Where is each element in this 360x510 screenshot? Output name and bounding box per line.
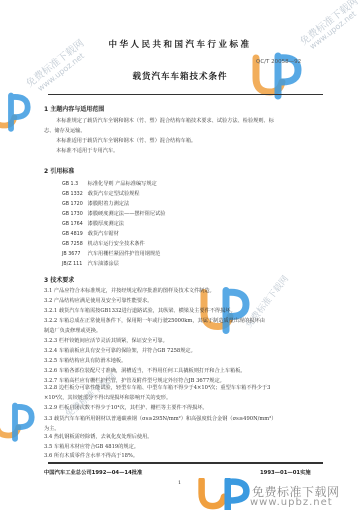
s3-line: 3.1 产品应符合本标准规定，并按经规定程序批准的图样及技术文件制造。 — [44, 289, 215, 294]
watermark-bottom-url: www.upbz.net — [250, 497, 333, 508]
header-divider — [48, 94, 323, 95]
s3-line: 3.3 载货汽车车箱所用钢材以普通碳素钢（σs≥295N/mm²）和高强度低合金… — [44, 417, 276, 422]
reference-item: JB 3677 汽车用栅栏紧固件护管用钢规范 — [62, 250, 160, 257]
s1-line: 本标准规定了载货汽车全钢和钢木（竹、塑）混合结构车箱技术要求、试验方法、检验规则… — [56, 119, 274, 124]
s3-line: ×10⁴次，其铰链部分不得出现损坏和影响开关的变形。 — [44, 396, 171, 401]
s3-line: 3.5 车箱用木材应符合GB 4819的规定。 — [44, 445, 139, 450]
s3-line: 3.2.3 栏杆铰链间应活节灵活其锁紧，保证安全可靠。 — [44, 339, 168, 344]
s3-line: 3.2.9 栏板启闭次数不得少于10⁴次，其栏护、栅栏等主要件不得损坏。 — [44, 406, 208, 411]
reference-item: GB 1.3 标准化导则 产品标准编写规定 — [62, 180, 157, 187]
up-logo-icon-bottom — [196, 478, 252, 510]
s3-line: 为主。 — [44, 427, 60, 432]
document-page: 免费标准下载网 www.upoz.net 免费标准下载网 www.upoz.ne… — [0, 0, 360, 510]
s3-line: 3.6 所有木质零件含水率不得高于18%。 — [44, 454, 138, 459]
footer-divider — [48, 462, 323, 464]
s1-line: 志、储存及运输。 — [44, 129, 86, 134]
section-2-heading: 2 引用标准 — [44, 166, 74, 175]
s1-line: 本标准适用于载货汽车全钢和钢木（竹、塑）混合结构车箱。 — [56, 139, 196, 144]
issuing-organization: 中华人民共和国汽车行业标准 — [0, 38, 360, 50]
reference-item: GB 4819 载货汽车锯材 — [62, 230, 119, 237]
section-1-heading: 1 主题内容与适用范围 — [44, 104, 104, 113]
document-title: 载货汽车车箱技术条件 — [0, 70, 360, 82]
s3-line: 3.2.2 车箱总成在正常使用条件下，保用期一年或行驶25000km，其属于制造… — [44, 319, 265, 324]
s3-line: 3.2.5 车箱结构应具有防滑木地板。 — [44, 359, 126, 364]
page-number: 1 — [178, 480, 181, 486]
reference-item: JB/Z 111 汽车油漆涂层 — [62, 260, 119, 267]
s3-line: 3.4 热轧钢板需经除锈，去氧化皮处理后使用。 — [44, 435, 152, 440]
s3-line: 3.2.6 车箱各部位装配尺寸准确，洞槽适当，不得用任何工具撬板则打开和合上车箱… — [44, 369, 246, 374]
section-3-heading: 3 技术要求 — [44, 275, 74, 284]
up-logo-icon-left — [0, 88, 36, 138]
reference-item: GB 1720 漆膜附着力测定法 — [62, 200, 129, 207]
reference-item: GB 1730 漆膜硬度测定法——摆杆阻尼试验 — [62, 210, 165, 217]
reference-item: GB 7258 机动车运行安全技术条件 — [62, 240, 145, 247]
reference-item: GB 1332 载货汽车定型试验规程 — [62, 190, 140, 197]
s1-line: 本标准不适用于专用汽车。 — [56, 149, 118, 154]
s3-line: 3.2.4 车箱前板应具有安全可靠的保险架，并符合GB 7258规定。 — [44, 349, 196, 354]
standard-number: QC/T 20058—92 — [256, 59, 301, 65]
s3-line: 3.2.8 边栏板分可靠性能试验，轻型车车箱、中型车车箱不得少于4×10⁴次；重… — [44, 386, 270, 391]
approval-date: 中国汽车工业总公司1992—04—14批准 — [44, 468, 142, 476]
s3-line: 制造厂负责修理或更换。 — [44, 329, 101, 334]
effective-date: 1993—01—01实施 — [260, 468, 311, 476]
up-logo-icon-midleft — [0, 398, 40, 448]
s3-line: 3.2.7 车箱高栏应有栅栏护栏管，护管及附件型号规定外径符合JB 3677规定… — [44, 379, 225, 384]
reference-item: GB 1764 漆膜厚度测定法 — [62, 220, 124, 227]
s3-line: 3.2 产品结构应满足使用及安全可靠性能要求。 — [44, 299, 152, 304]
s3-line: 3.2.1 载货汽车车箱需按GB1332进行道路试验，其纵梁、横梁及主要件不得损… — [44, 309, 236, 314]
